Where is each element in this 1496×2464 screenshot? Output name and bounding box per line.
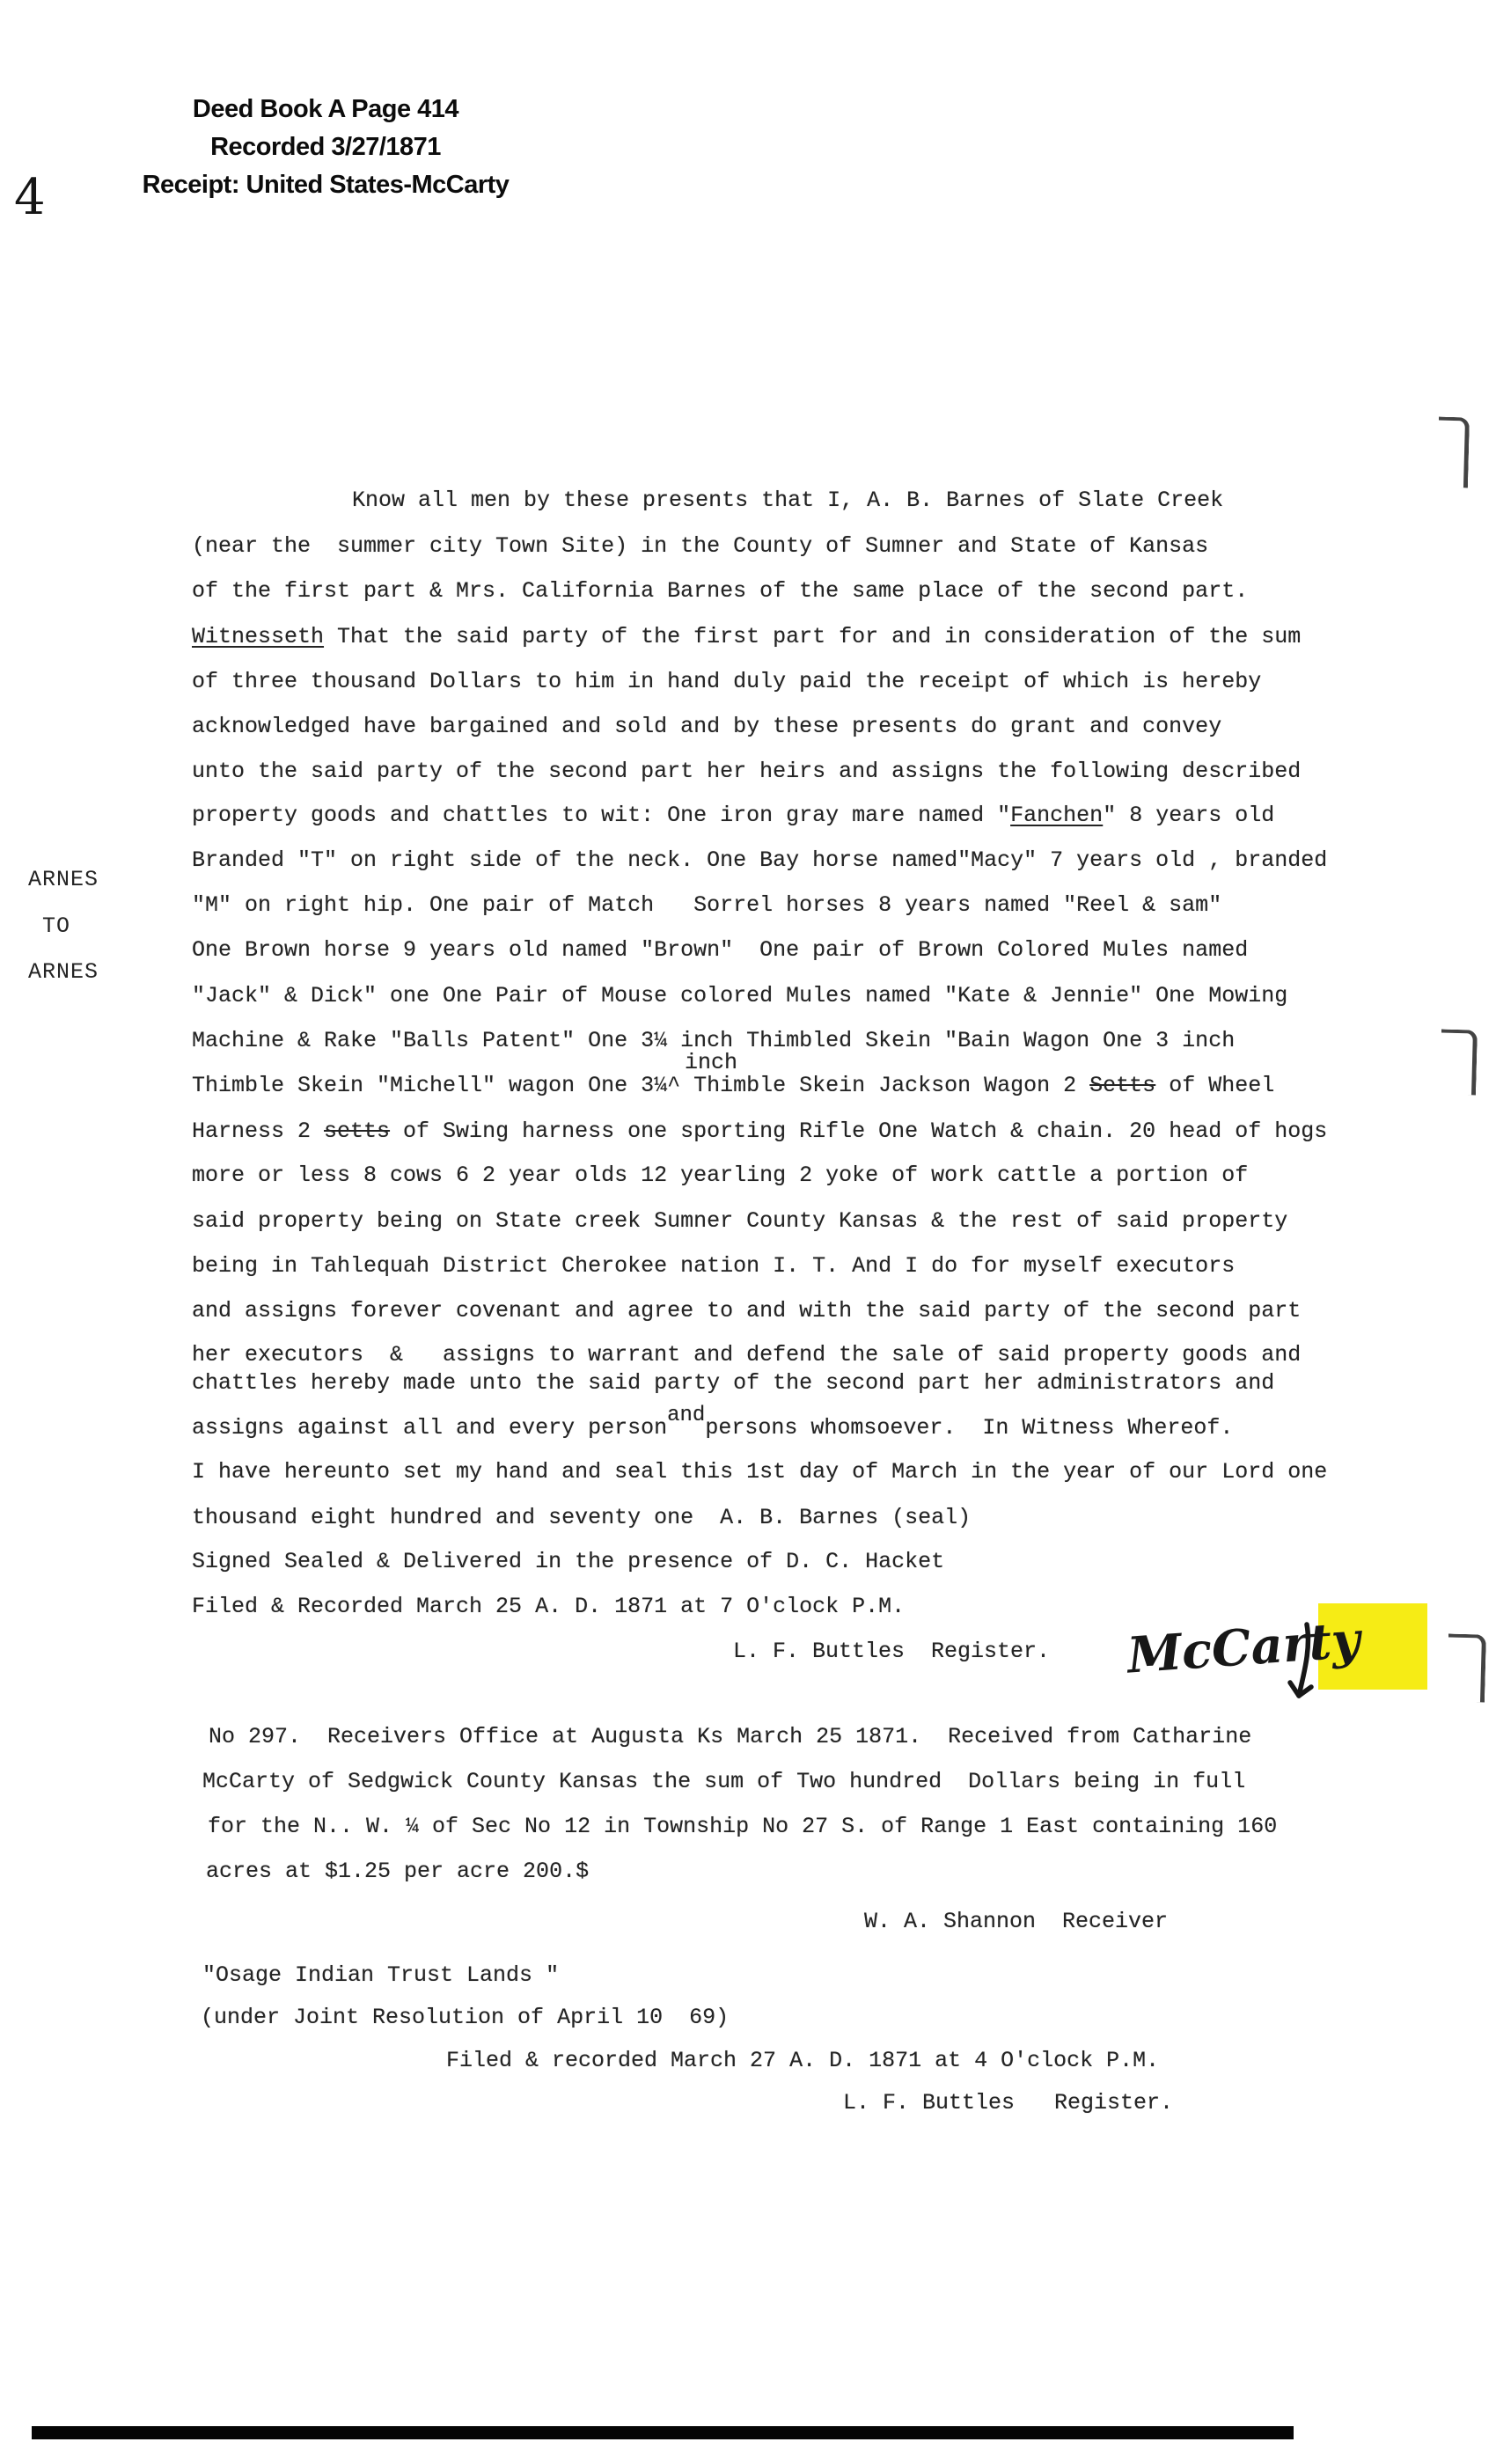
receipt-text-line: acres at $1.25 per acre 200.$ <box>206 1858 589 1885</box>
scanned-deed-page: Deed Book A Page 414 Recorded 3/27/1871 … <box>0 0 1496 2464</box>
receipt-text-line: "Osage Indian Trust Lands " <box>202 1962 559 1989</box>
deed-text-line: (near the summer city Town Site) in the … <box>192 532 1208 560</box>
corner-bracket-mark <box>1447 1633 1486 1702</box>
deed-text-line: property goods and chattles to wit: One … <box>192 802 1274 829</box>
deed-text-line: acknowledged have bargained and sold and… <box>192 713 1221 740</box>
deed-text-line: thousand eight hundred and seventy one A… <box>192 1504 971 1531</box>
deed-text-line: Signed Sealed & Delivered in the presenc… <box>192 1548 944 1575</box>
corner-bracket-mark <box>1440 1029 1478 1095</box>
receipt-text-line: W. A. Shannon Receiver <box>864 1908 1168 1935</box>
deed-text-line: L. F. Buttles Register. <box>733 1638 1050 1665</box>
deed-text-line: Thimble Skein "Michell" wagon One 3¼^ Th… <box>192 1072 1274 1099</box>
scanner-edge-artifact <box>32 2426 1294 2439</box>
receipt-text-line: for the N.. W. ¼ of Sec No 12 in Townshi… <box>208 1813 1277 1840</box>
deed-text-line: Filed & Recorded March 25 A. D. 1871 at … <box>192 1593 905 1620</box>
deed-text-line: of three thousand Dollars to him in hand… <box>192 668 1261 695</box>
deed-text-line: Branded "T" on right side of the neck. O… <box>192 847 1327 874</box>
header-line-recorded: Recorded 3/27/1871 <box>79 128 572 166</box>
deed-text-line: Know all men by these presents that I, A… <box>352 487 1223 514</box>
handwritten-annotation: McCarty <box>1128 1614 1339 1715</box>
deed-text-line: said property being on State creek Sumne… <box>192 1207 1287 1235</box>
handwritten-name: McCarty <box>1124 1610 1365 1685</box>
deed-text-line: Harness 2 setts of Swing harness one spo… <box>192 1118 1327 1145</box>
deed-text-line: her executors & assigns to warrant and d… <box>192 1341 1301 1368</box>
deed-text-line: I have hereunto set my hand and seal thi… <box>192 1458 1327 1485</box>
margin-party-to: TO <box>42 913 70 940</box>
receipt-text-line: L. F. Buttles Register. <box>843 2089 1173 2116</box>
deed-text-line: and assigns forever covenant and agree t… <box>192 1297 1301 1324</box>
deed-text-line: unto the said party of the second part h… <box>192 758 1301 785</box>
margin-party-grantee: ARNES <box>28 959 99 986</box>
receipt-text-line: (under Joint Resolution of April 10 69) <box>201 2004 729 2031</box>
deed-text-line: "M" on right hip. One pair of Match Sorr… <box>192 891 1221 919</box>
deed-text-line: One Brown horse 9 years old named "Brown… <box>192 936 1248 964</box>
deed-text-line: being in Tahlequah District Cherokee nat… <box>192 1252 1235 1280</box>
receipt-text-line: No 297. Receivers Office at Augusta Ks M… <box>209 1723 1251 1750</box>
page-number: 4 <box>14 169 46 226</box>
deed-text-line: Witnesseth That the said party of the fi… <box>192 623 1301 650</box>
deed-text-line: "Jack" & Dick" one One Pair of Mouse col… <box>192 982 1287 1009</box>
receipt-text-line: Filed & recorded March 27 A. D. 1871 at … <box>446 2047 1159 2074</box>
deed-text-line: of the first part & Mrs. California Barn… <box>192 577 1248 605</box>
deed-text-line: assigns against all and every personandp… <box>192 1414 1233 1442</box>
archival-header-note: Deed Book A Page 414 Recorded 3/27/1871 … <box>79 91 572 204</box>
margin-party-grantor: ARNES <box>28 867 99 893</box>
header-line-receipt: Receipt: United States-McCarty <box>79 166 572 204</box>
header-line-book-page: Deed Book A Page 414 <box>79 91 572 128</box>
receipt-text-line: McCarty of Sedgwick County Kansas the su… <box>202 1768 1245 1795</box>
deed-text-line: chattles hereby made unto the said party… <box>192 1369 1274 1397</box>
deed-text-line: more or less 8 cows 6 2 year olds 12 yea… <box>192 1162 1248 1189</box>
corner-bracket-mark <box>1437 417 1470 488</box>
